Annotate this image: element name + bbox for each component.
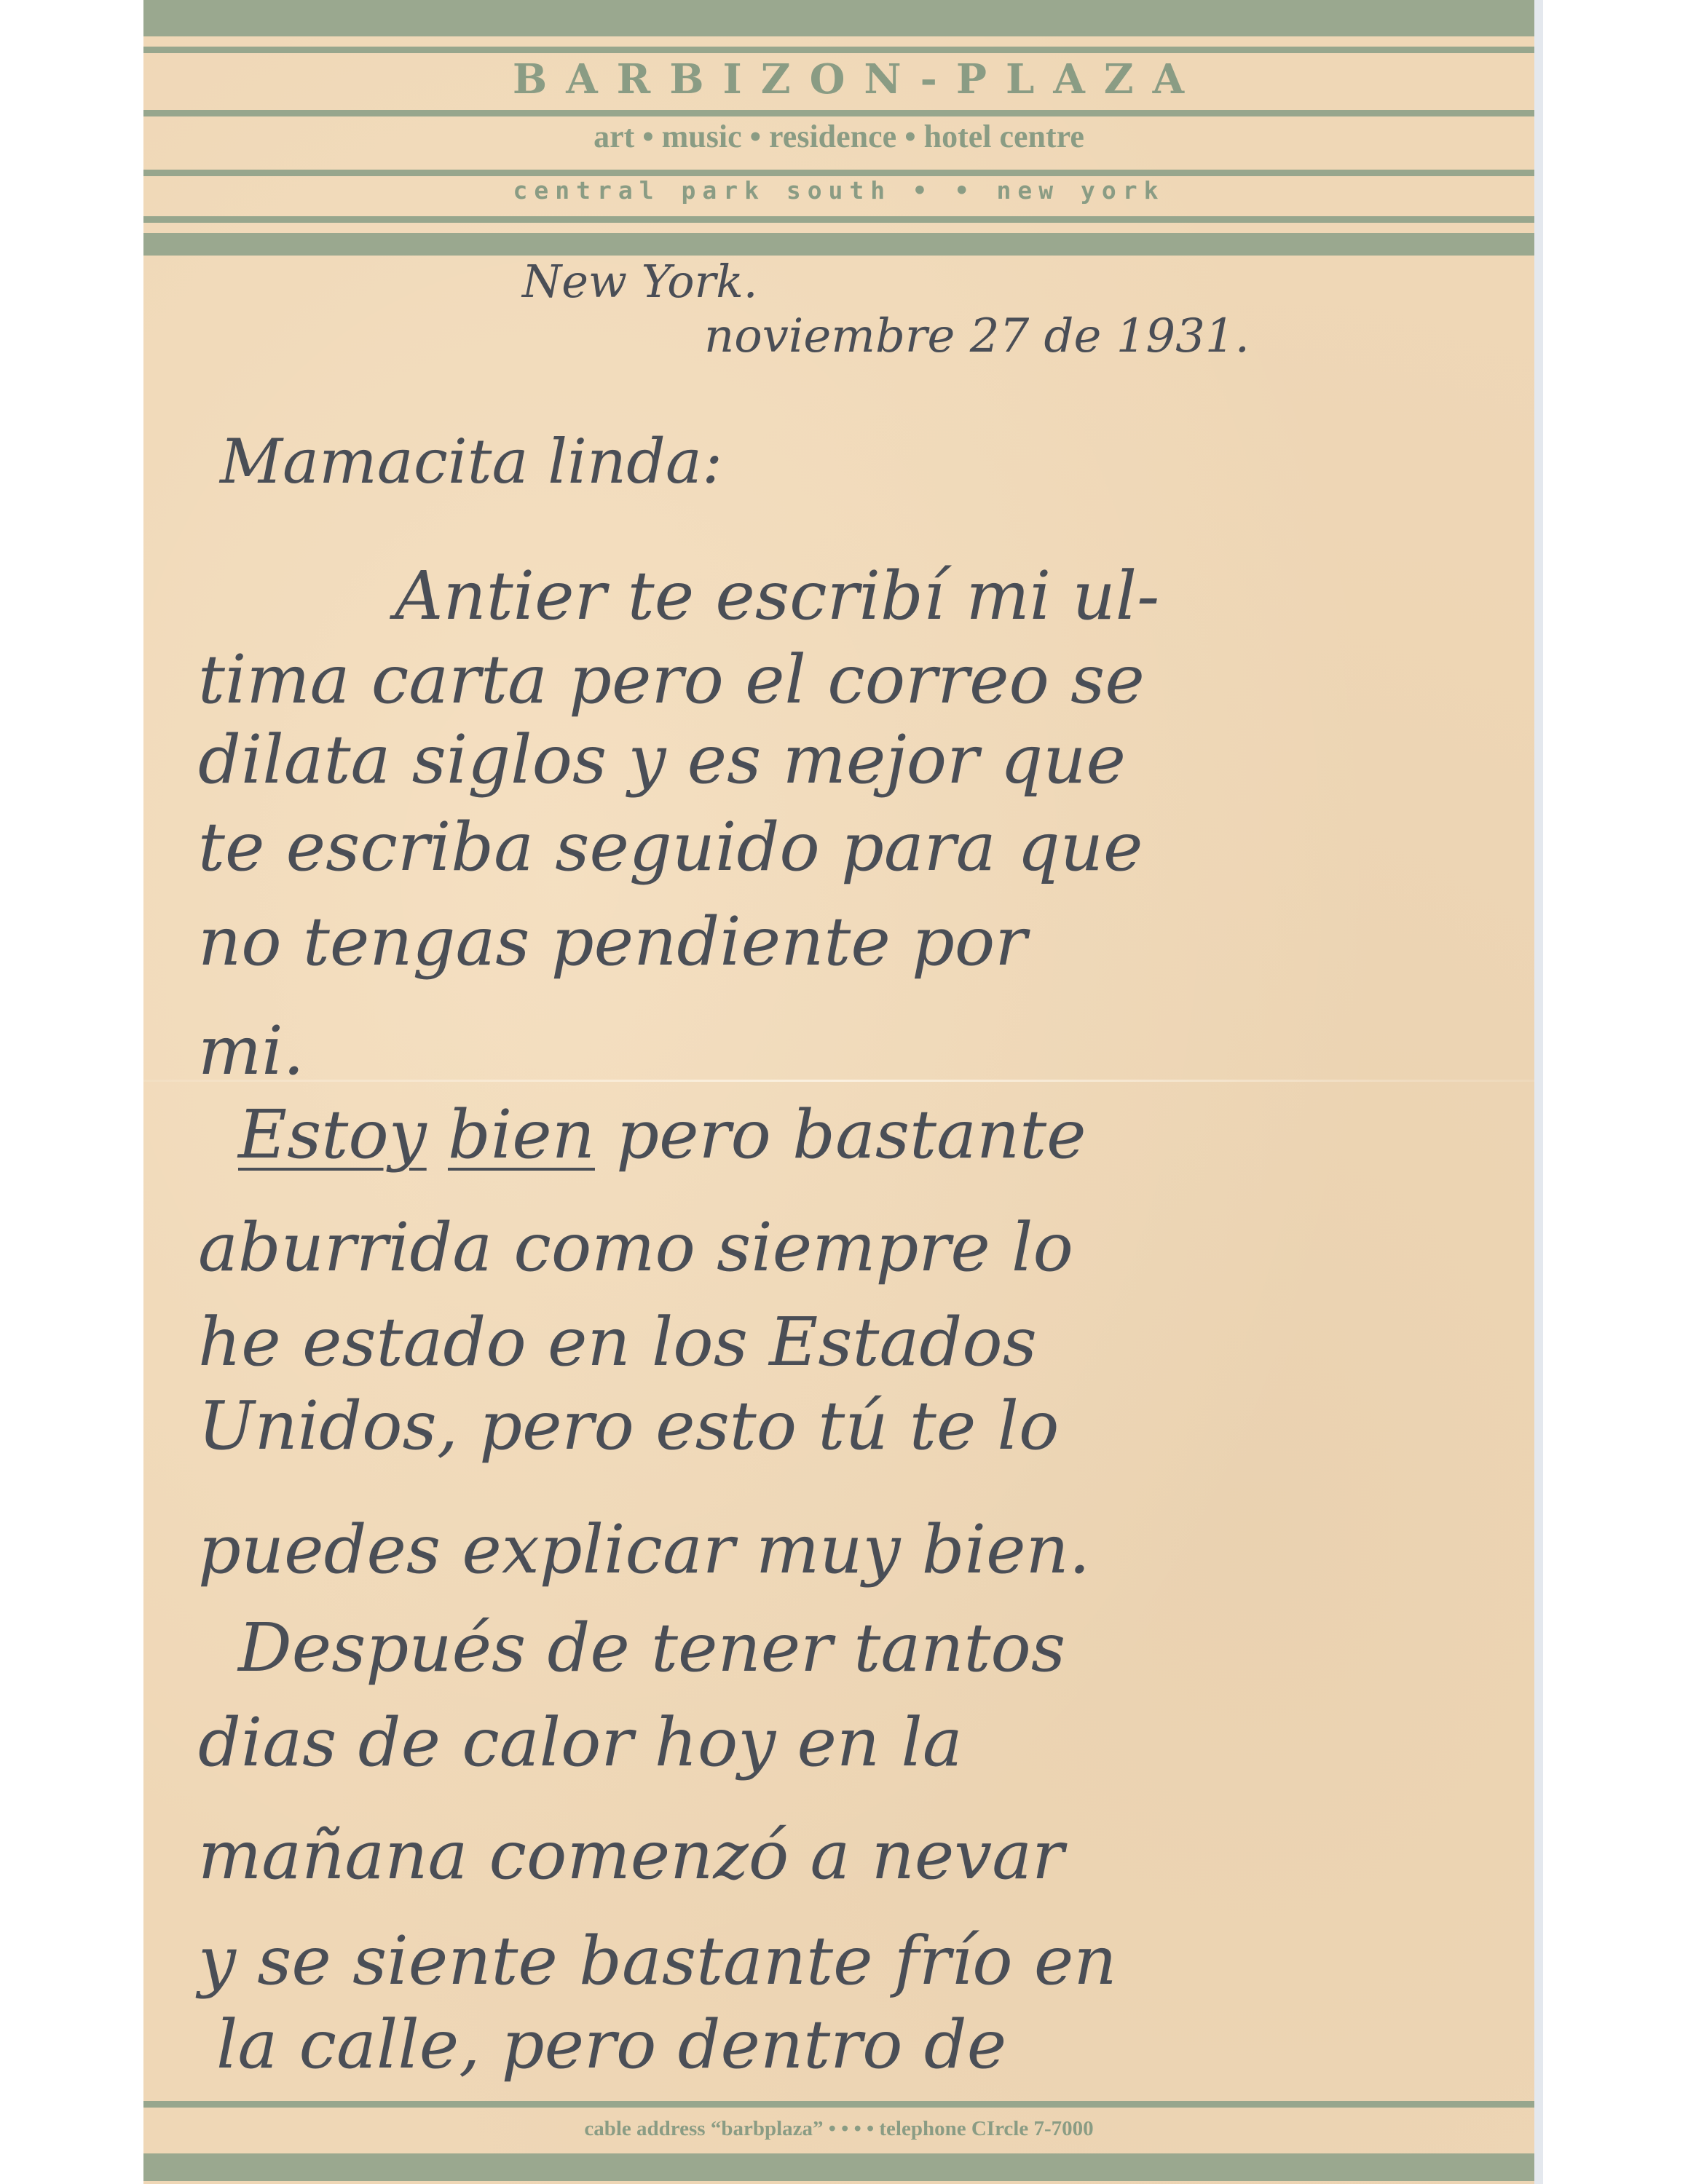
paper-fold-crease [143, 1080, 1534, 1082]
footer-rule [143, 2101, 1534, 2108]
header-rule [143, 47, 1534, 53]
header-rule [143, 170, 1534, 176]
letter-line: aburrida como siempre lo [198, 1208, 1073, 1286]
letter-line: y se siente bastante frío en [198, 1922, 1117, 2000]
top-band [143, 0, 1534, 36]
header-rule [143, 110, 1534, 116]
letter-page: BARBIZON-PLAZA art • music • residence •… [143, 0, 1543, 2184]
letter-line: tima carta pero el correo se [198, 641, 1145, 719]
header-rule [143, 216, 1534, 223]
letter-line: te escriba seguido para que [198, 808, 1143, 886]
letter-line: puedes explicar muy bien. [198, 1511, 1090, 1588]
letter-line-rest: pero bastante [616, 1096, 1086, 1174]
letter-date: noviembre 27 de 1931. [704, 309, 1250, 363]
footer-contact: cable address “barbplaza” • • • • teleph… [143, 2117, 1534, 2141]
letter-line: Antier te escribí mi ul- [395, 557, 1159, 635]
letter-line: la calle, pero dentro de [216, 2006, 1006, 2084]
underlined-word: bien [448, 1096, 595, 1174]
header-thick-band [143, 233, 1534, 256]
letter-place: New York. [522, 255, 758, 308]
underlined-word: Estoy [238, 1096, 427, 1174]
letter-line: dilata siglos y es mejor que [198, 721, 1126, 799]
letter-line: Unidos, pero esto tú te lo [198, 1387, 1059, 1465]
letter-line: he estado en los Estados [198, 1303, 1037, 1381]
hotel-address: central park south • • new york [143, 176, 1534, 205]
bottom-band [143, 2153, 1534, 2181]
letter-salutation: Mamacita linda: [220, 426, 722, 497]
letter-line: mi. [198, 1012, 304, 1090]
hotel-tagline: art • music • residence • hotel centre [143, 118, 1534, 155]
letter-line: Después de tener tantos [238, 1609, 1065, 1687]
letter-line: Estoy bien pero bastante [238, 1096, 1086, 1174]
hotel-name: BARBIZON-PLAZA [143, 55, 1553, 103]
letter-line: mañana comenzó a nevar [198, 1816, 1064, 1894]
letter-line: dias de calor hoy en la [198, 1704, 963, 1781]
letter-line: no tengas pendiente por [198, 903, 1027, 981]
